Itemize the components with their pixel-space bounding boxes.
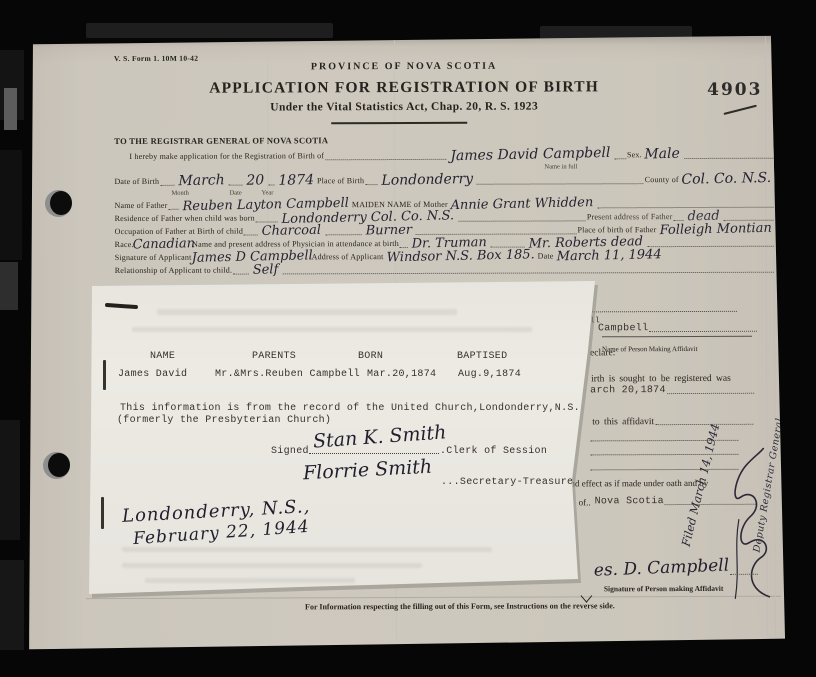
film-edge-bar [86,23,333,38]
province-heading: PROVINCE OF NOVA SCOTIA [24,60,784,74]
secretary-title: ...Secretary-Treasurer. [441,477,586,488]
record-note-line-2: (formerly the Presbyterian Church) [117,415,331,426]
affidavit-signature: es. D. Campbell [594,558,730,580]
dotted-leader [655,424,753,425]
dotted-leader [283,272,774,275]
table-cell-born: Mar.20,1874 [367,369,436,380]
dotted-leader [614,158,626,159]
dotted-leader [649,331,757,332]
dotted-leader [160,185,174,186]
relationship-row: Relationship of Applicant to child. Self [115,258,775,277]
film-edge-mark [0,560,24,650]
county-label: County of [645,175,679,186]
fold-crease [86,596,781,599]
film-edge-mark [0,150,22,260]
relationship-label: Relationship of Applicant to child. [115,266,232,277]
film-edge-mark [0,262,18,310]
affidavit-date: arch 20,1874 [590,385,666,396]
clerk-signature: Stan K. Smith [312,423,447,451]
bleed-through-text [157,309,457,315]
dotted-leader [233,274,249,275]
birth-place-label: Place of Birth [317,176,364,187]
relationship-value: Self [250,263,282,277]
affidavit-date-line: arch 20,1874 [590,385,755,397]
child-name-value: James David Campbell [447,146,613,163]
affidavit-registered-line: irth is sought to be registered was [591,374,731,384]
county-value: Col. Co. N.S. [679,171,775,187]
dotted-leader [268,184,274,185]
bleed-through-text [145,578,355,583]
dotted-leader [309,453,439,454]
affidavit-attached-line: to this affidavit [592,417,754,428]
affidavit-name-caption-box: Name of Person Making Affidavit [602,336,752,357]
table-cell-parents: Mr.&Mrs.Reuben Campbell [215,369,360,380]
affidavit-name-caption: Name of Person Making Affidavit [602,345,698,353]
stamp-number: 4903 [707,80,762,100]
bleed-through-text [600,215,760,221]
bleed-through-text [122,563,422,568]
affidavit-oath-line: nd effect as if made under oath and by [570,478,708,488]
sex-label: Sex. [627,150,642,161]
bleed-through-text [615,200,745,205]
dotted-leader [667,393,754,394]
dotted-line [590,311,737,313]
film-edge-mark [4,88,17,130]
affidavit-attached: to this affidavit [592,417,654,427]
affidavit-province: Nova Scotia [595,496,664,507]
title-rule [331,122,467,124]
table-header-baptised: BAPTISED [457,351,507,362]
dotted-leader [228,185,242,186]
table-cell-name: James David [118,369,187,380]
punch-hole [43,452,70,479]
dotted-leader [684,158,773,159]
birth-date-row: Date of Birth March 20 1874 Place of Bir… [114,169,774,188]
bleed-through-text [132,327,532,332]
affidavit-name-line: Campbell [598,323,758,335]
affidavit-signature-line: es. D. Campbell [594,560,759,578]
table-cell-baptised: Aug.9,1874 [458,369,521,380]
record-note-line-1: This information is from the record of t… [120,403,580,414]
dotted-leader [477,183,644,185]
affidavit-of: of.. [579,497,591,507]
birth-place-value: Londonderry [378,172,476,188]
form-subtitle: Under the Vital Statistics Act, Chap. 20… [24,100,784,115]
birth-day-value: 20 [243,173,267,187]
table-header-parents: PARENTS [252,351,296,362]
secretary-signature: Florrie Smith [303,458,433,484]
church-record-attachment: NAME PARENTS BORN BAPTISED James David M… [87,279,599,597]
application-label: I hereby make application for the Regist… [129,151,324,163]
pen-mark [105,303,138,309]
birth-month-value: March [175,173,228,188]
table-header-born: BORN [358,351,383,362]
birth-year-value: 1874 [275,173,317,188]
form-title: APPLICATION FOR REGISTRATION OF BIRTH [24,78,784,99]
sex-value: Male [642,147,684,162]
application-row: I hereby make application for the Regist… [114,144,774,163]
bleed-through-text [122,547,492,552]
film-edge-mark [0,420,20,540]
staple-mark [101,497,104,529]
dotted-leader [730,574,758,575]
staple-mark [103,360,106,390]
clerk-title: .Clerk of Session [440,446,547,457]
signed-label: Signed [271,446,309,457]
footer-instruction: For Information respecting the filling o… [264,601,656,611]
table-header-name: NAME [150,351,175,362]
affidavit-declare: eclare: [590,348,615,358]
dotted-leader [365,184,377,185]
dotted-leader [325,159,446,160]
affidavit-signature-caption: Signature of Person making Affidavit [604,584,723,593]
affidavit-name: Campbell [598,323,648,334]
microfilm-scan: V. S. Form 1. 10M 10-42 PROVINCE OF NOVA… [0,0,816,677]
birth-date-label: Date of Birth [114,177,159,188]
punch-hole [45,190,72,217]
